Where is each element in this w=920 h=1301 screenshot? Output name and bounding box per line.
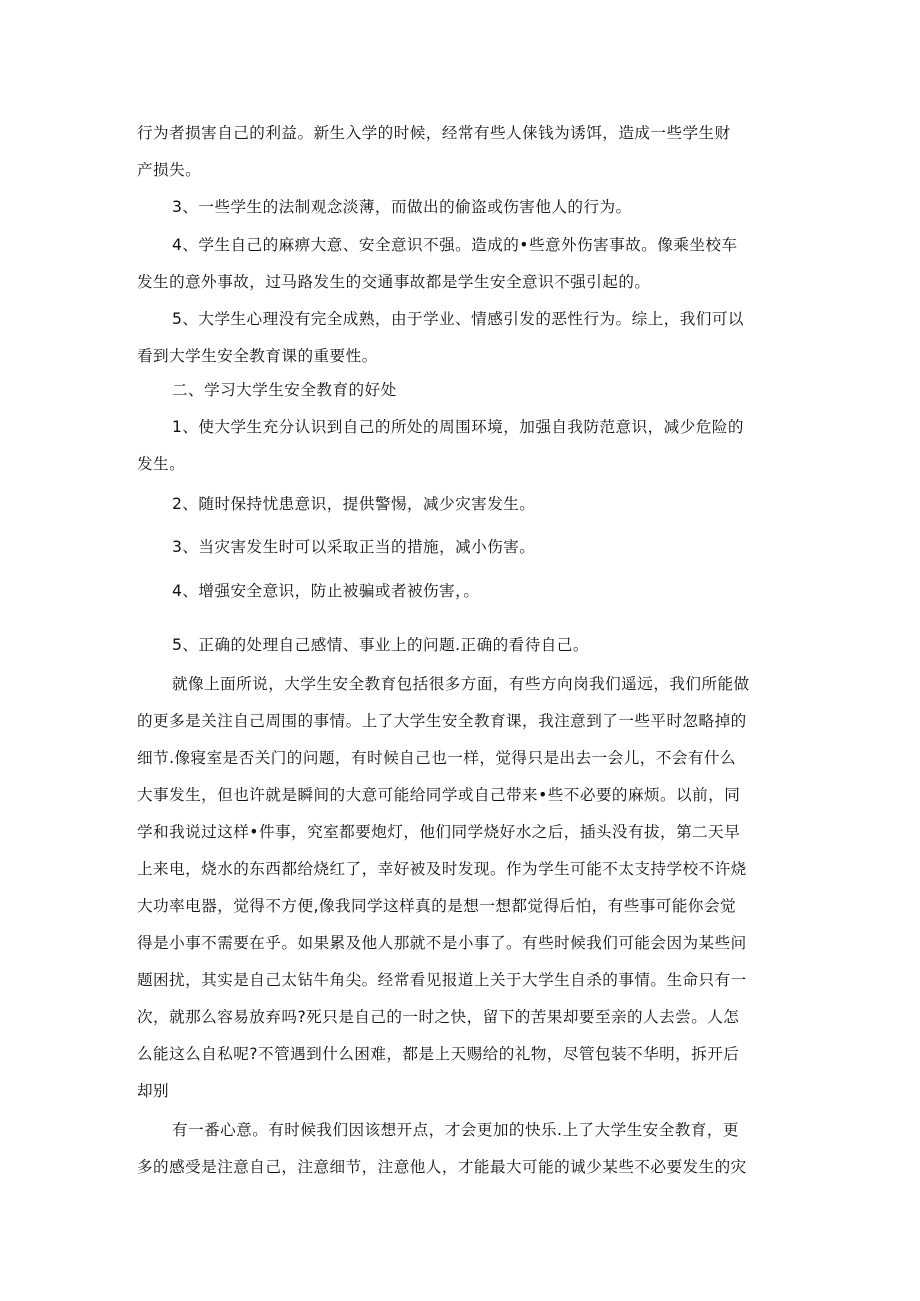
document-text-line: 发生的意外事故，过马路发生的交通事故都是学生安全意识不强引起的。 (137, 272, 650, 292)
document-text-line: 行为者损害自己的利益。新生入学的时候，经常有些人俫钱为诱饵，造成一些学生财 (137, 123, 731, 143)
document-text-line: 却别 (137, 1081, 169, 1101)
document-text-line: 上来电，烧水的东西都给烧红了，幸好被及时发现。作为学生可能不太支持学校不许烧 (137, 859, 747, 879)
document-text-line: 有一番心意。有时候我们因该想开点，才会更加的快乐.上了大学生安全教育，更 (172, 1120, 739, 1140)
document-text-line: 二、学习大学生安全教育的好处 (172, 380, 397, 400)
document-text-line: 大功率电器，觉得不方便,像我同学这样真的是想一想都觉得后怕，有些事可能你会觉 (137, 896, 736, 916)
document-text-line: 发生。 (137, 454, 185, 474)
document-text-line: 题困扰，其实是自己太钻牛角尖。经常看见报道上关于大学生自杀的事情。生命只有一 (137, 970, 747, 990)
document-text-line: 得是小事不需要在乎。如果累及他人那就不是小事了。有些时候我们可能会因为某些问 (137, 933, 747, 953)
document-text-line: 3、当灾害发生时可以采取正当的措施，减小伤害。 (172, 537, 535, 557)
document-text-line: 产损失。 (137, 160, 201, 180)
document-text-line: 5、大学生心理没有完全成熟，由于学业、情感引发的恶性行为。综上，我们可以 (172, 309, 744, 329)
document-text-line: 2、随时保持忧患意识，提供警惕，减少灾害发生。 (172, 494, 535, 514)
document-text-line: 就像上面所说，大学生安全教育包括很多方面，有些方向岗我们遥远，我们所能做 (172, 674, 750, 694)
document-text-line: 5、正确的处理自己感情、事业上的问题.正确的看待自己。 (172, 635, 589, 655)
document-text-line: 学和我说过这样•件事，究室都要炮灯，他们同学烧好水之后，插头没有拔，第二天早 (137, 822, 740, 842)
document-text-line: 4、增强安全意识，防止被骗或者被伤害，。 (172, 581, 479, 601)
document-text-line: 么能这么自私呢?不管遇到什么困难，都是上天赐给的礼物，尽管包装不华明，拆开后 (137, 1044, 739, 1064)
document-text-line: 多的感受是注意自己，注意细节，注意他人，才能最大可能的诚少某些不必要发生的灾 (137, 1157, 747, 1177)
document-text-line: 3、一些学生的法制观念淡薄，而做出的偷盗或伤害他人的行为。 (172, 197, 632, 217)
document-text-line: 大事发生，但也许就是瞬间的大意可能给同学或自己带来•些不必要的麻烦。以前，同 (137, 785, 740, 805)
document-text-line: 的更多是关注自己周围的事情。上了大学生安全教育课，我注意到了一些平时忽略掉的 (137, 711, 747, 731)
document-text-line: 看到大学生安全教育课的重要性。 (137, 346, 378, 366)
document-text-line: 4、学生自己的麻痹大意、安全意识不强。造成的•些意外伤害事故。像乘坐校车 (172, 235, 738, 255)
document-page: 行为者损害自己的利益。新生入学的时候，经常有些人俫钱为诱饵，造成一些学生财产损失… (0, 0, 920, 1301)
document-text-line: 1、使大学生充分认识到自己的所处的周围环境，加强自我防范意识，减少危险的 (172, 417, 744, 437)
document-text-line: 次，就那么容易放弃吗?死只是自己的一时之快，留下的苦果却要至亲的人去尝。人怎 (137, 1007, 739, 1027)
document-text-line: 细节.像寝室是否关门的问题，有时候自己也一样，觉得只是出去一会儿，不会有什么 (137, 748, 736, 768)
